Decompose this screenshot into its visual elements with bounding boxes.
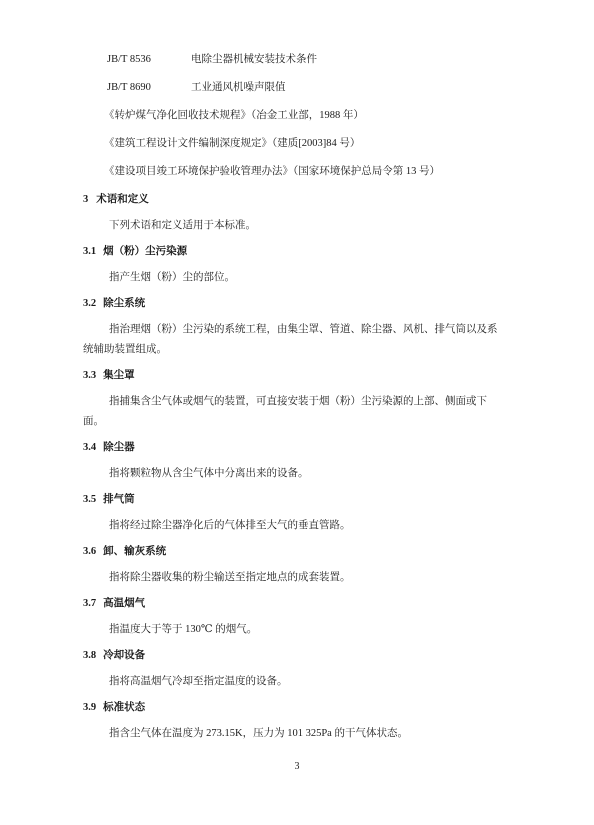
term-number: 3.8 — [83, 650, 96, 661]
page-number: 3 — [0, 760, 594, 774]
term-heading: 3.4除尘器 — [83, 438, 504, 458]
term-title: 标准状态 — [103, 702, 145, 713]
term-definition: 指治理烟（粉）尘污染的系统工程，由集尘罩、管道、除尘器、风机、排气筒以及系统辅助… — [83, 320, 504, 360]
term-number: 3.7 — [83, 598, 96, 609]
document-page: JB/T 8536 电除尘器机械安装技术条件 JB/T 8690 工业通风机噪声… — [0, 0, 594, 825]
term-heading: 3.1烟（粉）尘污染源 — [83, 242, 504, 262]
term-definition: 指将经过除尘器净化后的气体排至大气的垂直管路。 — [83, 516, 504, 536]
term-number: 3.9 — [83, 702, 96, 713]
term-definition: 指温度大于等于 130℃ 的烟气。 — [83, 620, 504, 640]
term-definition: 指将除尘器收集的粉尘输送至指定地点的成套装置。 — [83, 568, 504, 588]
term-heading: 3.7高温烟气 — [83, 594, 504, 614]
term-title: 冷却设备 — [103, 650, 145, 661]
term-number: 3.4 — [83, 442, 96, 453]
term-title: 除尘系统 — [103, 298, 145, 309]
term-heading: 3.5排气筒 — [83, 490, 504, 510]
reference-document: 《建筑工程设计文件编制深度规定》（建质[2003]84 号） — [83, 134, 504, 154]
term-heading: 3.9标准状态 — [83, 698, 504, 718]
term-definition: 指将颗粒物从含尘气体中分离出来的设备。 — [83, 464, 504, 484]
term-definition: 指含尘气体在温度为 273.15K，压力为 101 325Pa 的干气体状态。 — [83, 724, 504, 744]
section-heading: 3术语和定义 — [83, 190, 504, 210]
term-definition: 指捕集含尘气体或烟气的装置，可直接安装于烟（粉）尘污染源的上部、侧面或下面。 — [83, 392, 504, 432]
section-title: 术语和定义 — [96, 194, 149, 205]
term-number: 3.1 — [83, 246, 96, 257]
section-intro: 下列术语和定义适用于本标准。 — [83, 216, 504, 236]
term-title: 高温烟气 — [103, 598, 145, 609]
term-title: 集尘罩 — [103, 370, 135, 381]
page-content: JB/T 8536 电除尘器机械安装技术条件 JB/T 8690 工业通风机噪声… — [83, 50, 504, 750]
term-number: 3.5 — [83, 494, 96, 505]
term-title: 卸、输灰系统 — [103, 546, 166, 557]
reference-row: JB/T 8690 工业通风机噪声限值 — [83, 78, 504, 98]
reference-document: 《建设项目竣工环境保护验收管理办法》（国家环境保护总局令第 13 号） — [83, 162, 504, 182]
term-title: 除尘器 — [103, 442, 135, 453]
reference-title: 工业通风机噪声限值 — [191, 78, 286, 98]
reference-document: 《转炉煤气净化回收技术规程》（冶金工业部，1988 年） — [83, 106, 504, 126]
term-definition: 指将高温烟气冷却至指定温度的设备。 — [83, 672, 504, 692]
reference-code: JB/T 8536 — [107, 50, 191, 70]
term-number: 3.2 — [83, 298, 96, 309]
term-heading: 3.8冷却设备 — [83, 646, 504, 666]
term-number: 3.3 — [83, 370, 96, 381]
term-number: 3.6 — [83, 546, 96, 557]
term-title: 排气筒 — [103, 494, 135, 505]
term-definition: 指产生烟（粉）尘的部位。 — [83, 268, 504, 288]
reference-row: JB/T 8536 电除尘器机械安装技术条件 — [83, 50, 504, 70]
term-heading: 3.2除尘系统 — [83, 294, 504, 314]
term-heading: 3.6卸、输灰系统 — [83, 542, 504, 562]
reference-title: 电除尘器机械安装技术条件 — [191, 50, 317, 70]
reference-code: JB/T 8690 — [107, 78, 191, 98]
section-number: 3 — [83, 194, 88, 205]
term-heading: 3.3集尘罩 — [83, 366, 504, 386]
term-title: 烟（粉）尘污染源 — [103, 246, 187, 257]
